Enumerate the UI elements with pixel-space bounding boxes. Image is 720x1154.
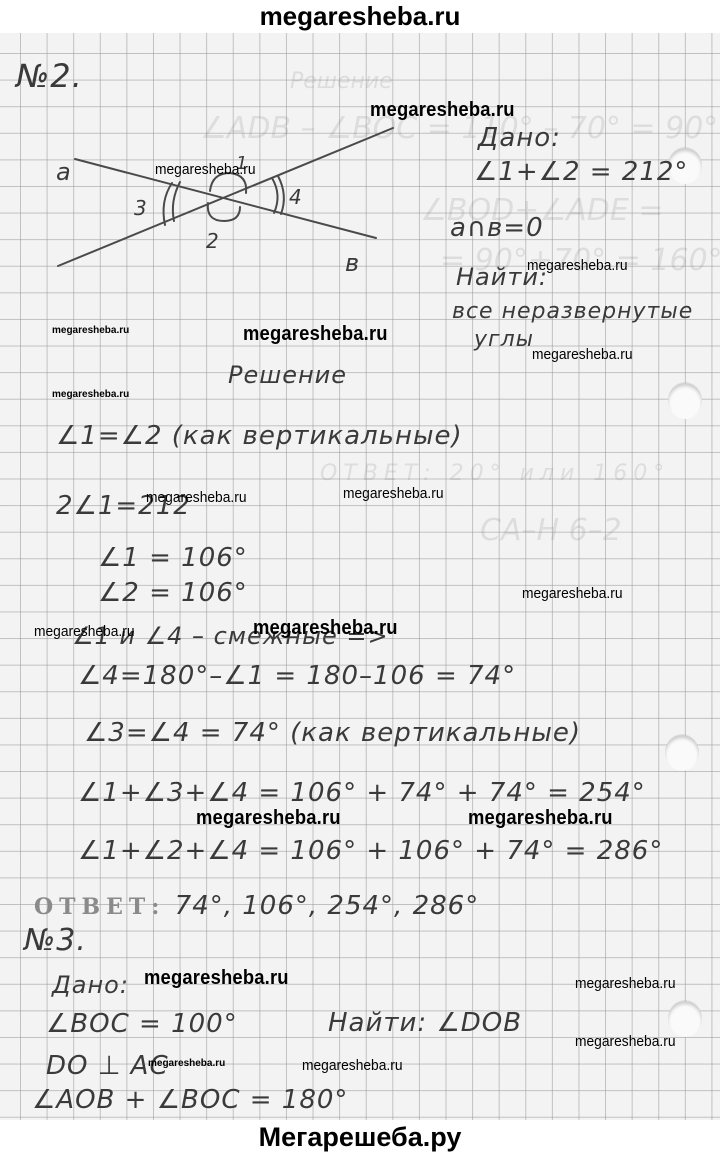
find-line: все неразвернутые xyxy=(452,299,693,324)
watermark: megaresheba.ru xyxy=(532,346,632,363)
line-label-b: в xyxy=(345,249,360,277)
watermark: megaresheba.ru xyxy=(148,1058,225,1069)
watermark: megaresheba.ru xyxy=(243,323,388,346)
solution-step: ∠1=∠2 (как вертикальные) xyxy=(56,421,463,451)
watermark: megaresheba.ru xyxy=(34,623,134,640)
given-line: ∠AOB + ∠BOC = 180° xyxy=(32,1085,348,1115)
line-b xyxy=(58,128,393,266)
watermark: megaresheba.ru xyxy=(370,99,515,122)
given-line: ∠1+∠2 = 212° xyxy=(474,157,688,187)
watermark: megaresheba.ru xyxy=(253,617,398,640)
given-heading: Дано: xyxy=(52,971,129,999)
given-line: ∠BOC = 100° xyxy=(46,1009,238,1039)
solution-step: ∠4=180°–∠1 = 180–106 = 74° xyxy=(78,661,516,691)
site-header: megaresheba.ru xyxy=(0,0,720,34)
watermark: megaresheba.ru xyxy=(146,489,246,506)
solution-heading: Решение xyxy=(228,361,347,389)
site-footer: Мегарешеба.ру xyxy=(0,1120,720,1154)
find-line: углы xyxy=(474,327,534,352)
watermark: megaresheba.ru xyxy=(144,967,289,990)
watermark: megaresheba.ru xyxy=(343,485,443,502)
solution-step: ∠3=∠4 = 74° (как вертикальные) xyxy=(84,718,581,748)
answer-label: ОТВЕТ: xyxy=(34,894,165,920)
answer-value: 74°, 106°, 254°, 286° xyxy=(175,891,480,921)
answer: ОТВЕТ: 74°, 106°, 254°, 286° xyxy=(34,891,479,921)
watermark: megaresheba.ru xyxy=(522,585,622,602)
line-label-a: a xyxy=(56,158,72,186)
watermark: megaresheba.ru xyxy=(527,257,627,274)
solution-step: ∠1 = 106° xyxy=(98,543,248,573)
intersecting-lines-diagram xyxy=(0,33,720,1120)
angle-label-2: 2 xyxy=(206,229,220,253)
solution-step: ∠1+∠2+∠4 = 106° + 106° + 74° = 286° xyxy=(78,836,663,866)
solution-step: ∠2 = 106° xyxy=(98,578,248,608)
given-heading: Дано: xyxy=(478,123,561,153)
solution-step: ∠1+∠3+∠4 = 106° + 74° + 74° = 254° xyxy=(78,778,646,808)
find-line: Найти: ∠DOB xyxy=(328,1008,522,1038)
watermark: megaresheba.ru xyxy=(155,161,255,178)
angle-label-3: 3 xyxy=(134,196,148,220)
watermark: megaresheba.ru xyxy=(575,1033,675,1050)
watermark: megaresheba.ru xyxy=(52,389,129,400)
watermark: megaresheba.ru xyxy=(468,807,613,830)
task-number: №3. xyxy=(24,923,87,958)
watermark: megaresheba.ru xyxy=(302,1057,402,1074)
watermark: megaresheba.ru xyxy=(575,975,675,992)
watermark: megaresheba.ru xyxy=(52,325,129,336)
notebook-page: Решение ∠ADB – ∠BOC = 110° – 70° = 90° ∠… xyxy=(0,33,720,1120)
given-line: a∩в=0 xyxy=(450,213,544,243)
angle-label-4: 4 xyxy=(289,185,303,209)
watermark: megaresheba.ru xyxy=(196,807,341,830)
